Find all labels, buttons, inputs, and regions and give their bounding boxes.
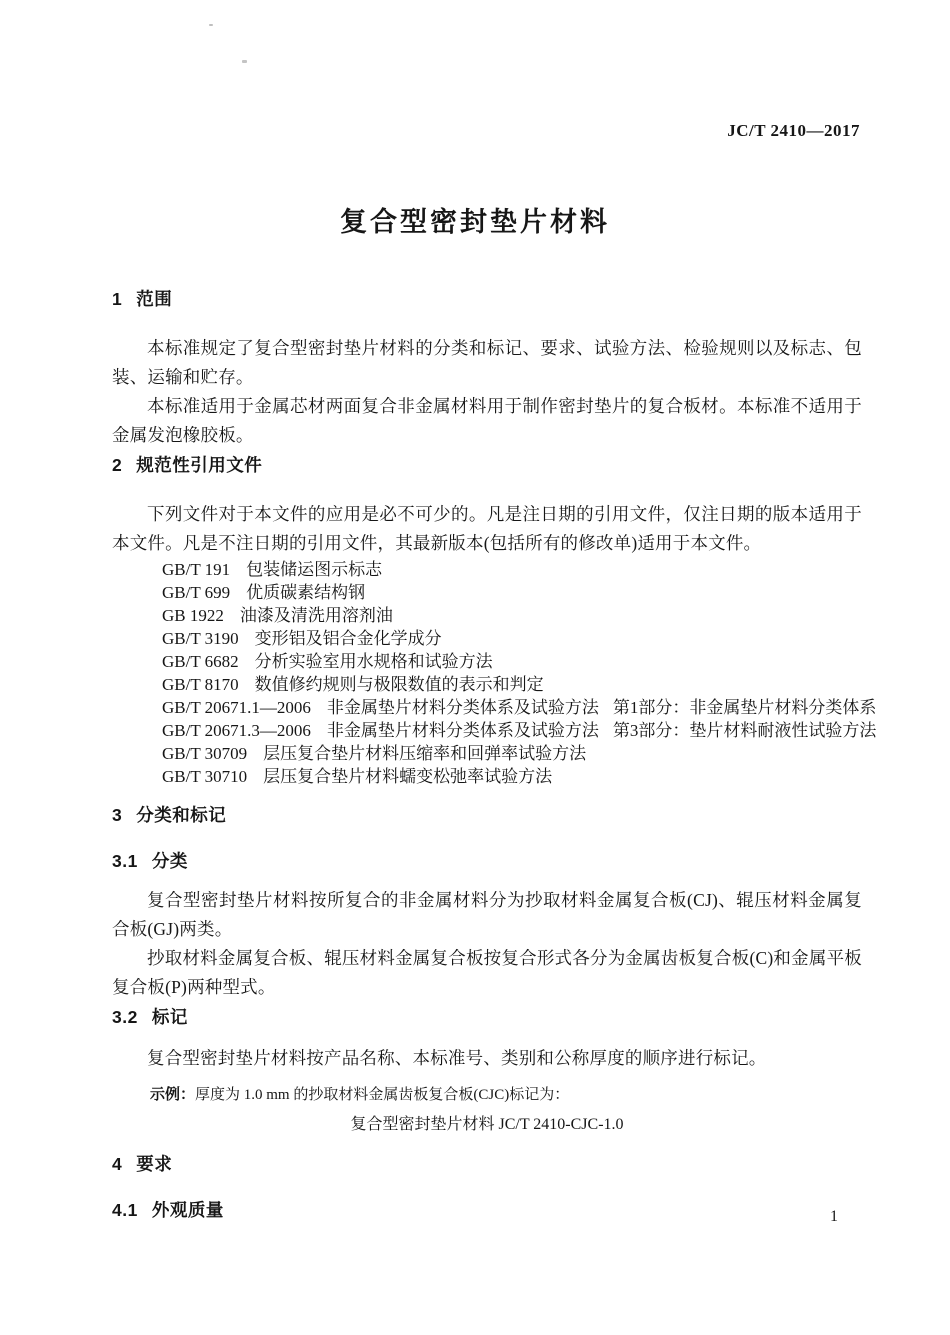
reference-code: GB/T 20671.3—2006 [162, 721, 311, 740]
marking-designation: 复合型密封垫片材料 JC/T 2410-CJC-1.0 [112, 1113, 862, 1137]
document-body: 1范围 本标准规定了复合型密封垫片材料的分类和标记、要求、试验方法、检验规则以及… [112, 288, 862, 1221]
reference-title: 分析实验室用水规格和试验方法 [255, 652, 493, 671]
section-name: 规范性引用文件 [136, 455, 262, 475]
reference-item: GB 1922油漆及清洗用溶剂油 [162, 604, 862, 627]
reference-title: 层压复合垫片材料蠕变松弛率试验方法 [263, 767, 552, 786]
reference-code: GB/T 8170 [162, 675, 239, 694]
section-number: 3.1 [112, 851, 138, 871]
marking-example: 示例：厚度为 1.0 mm 的抄取材料金属齿板复合板(CJC)标记为： [150, 1083, 862, 1107]
standard-code: JC/T 2410—2017 [727, 121, 860, 141]
reference-code: GB/T 30710 [162, 767, 247, 786]
reference-title: 油漆及清洗用溶剂油 [240, 606, 393, 625]
normative-references-intro: 下列文件对于本文件的应用是必不可少的。凡是注日期的引用文件，仅注日期的版本适用于… [112, 500, 862, 558]
section-2-heading: 2规范性引用文件 [112, 454, 862, 476]
reference-code: GB/T 191 [162, 560, 230, 579]
reference-item: GB/T 699优质碳素结构钢 [162, 581, 862, 604]
scan-artifact [209, 24, 213, 26]
reference-code: GB/T 6682 [162, 652, 239, 671]
reference-item: GB/T 30709层压复合垫片材料压缩率和回弹率试验方法 [162, 742, 862, 765]
section-1-heading: 1范围 [112, 288, 862, 310]
section-name: 分类 [152, 851, 188, 871]
section-3-heading: 3分类和标记 [112, 804, 862, 826]
section-name: 范围 [136, 289, 172, 309]
document-title: 复合型密封垫片材料 [0, 200, 950, 239]
section-name: 外观质量 [152, 1200, 224, 1220]
reference-part: 第1部分：非金属垫片材料分类体系 [613, 698, 877, 717]
reference-code: GB/T 20671.1—2006 [162, 698, 311, 717]
section-4-heading: 4要求 [112, 1153, 862, 1175]
reference-title: 层压复合垫片材料压缩率和回弹率试验方法 [263, 744, 586, 763]
section-3-1-heading: 3.1分类 [112, 850, 862, 872]
reference-code: GB/T 699 [162, 583, 230, 602]
section-number: 2 [112, 455, 122, 475]
reference-code: GB/T 3190 [162, 629, 239, 648]
reference-title: 非金属垫片材料分类体系及试验方法 [327, 721, 599, 740]
reference-title: 优质碳素结构钢 [246, 583, 365, 602]
page-number: 1 [830, 1208, 838, 1226]
section-number: 1 [112, 289, 122, 309]
reference-item: GB/T 6682分析实验室用水规格和试验方法 [162, 650, 862, 673]
section-name: 要求 [136, 1154, 172, 1174]
classification-paragraph-2: 抄取材料金属复合板、辊压材料金属复合板按复合形式各分为金属齿板复合板(C)和金属… [112, 944, 862, 1002]
example-label: 示例： [150, 1086, 195, 1103]
reference-item: GB/T 191包装储运图示标志 [162, 558, 862, 581]
classification-paragraph-1: 复合型密封垫片材料按所复合的非金属材料分为抄取材料金属复合板(CJ)、辊压材料金… [112, 886, 862, 944]
reference-title: 包装储运图示标志 [246, 560, 382, 579]
scope-paragraph-2: 本标准适用于金属芯材两面复合非金属材料用于制作密封垫片的复合板材。本标准不适用于… [112, 392, 862, 450]
document-page: JC/T 2410—2017 复合型密封垫片材料 1范围 本标准规定了复合型密封… [0, 0, 950, 1335]
section-4-1-heading: 4.1外观质量 [112, 1199, 862, 1221]
reference-code: GB/T 30709 [162, 744, 247, 763]
marking-paragraph: 复合型密封垫片材料按产品名称、本标准号、类别和公称厚度的顺序进行标记。 [112, 1044, 862, 1073]
section-3-2-heading: 3.2标记 [112, 1006, 862, 1028]
section-number: 3.2 [112, 1007, 138, 1027]
example-text: 厚度为 1.0 mm 的抄取材料金属齿板复合板(CJC)标记为： [195, 1087, 569, 1103]
reference-part: 第3部分：垫片材料耐液性试验方法 [613, 721, 877, 740]
section-number: 3 [112, 805, 122, 825]
reference-title: 变形铝及铝合金化学成分 [255, 629, 442, 648]
section-number: 4 [112, 1154, 122, 1174]
reference-item: GB/T 30710层压复合垫片材料蠕变松弛率试验方法 [162, 765, 862, 788]
scope-paragraph-1: 本标准规定了复合型密封垫片材料的分类和标记、要求、试验方法、检验规则以及标志、包… [112, 334, 862, 392]
section-number: 4.1 [112, 1200, 138, 1220]
scan-artifact [242, 60, 247, 63]
reference-item: GB/T 20671.1—2006非金属垫片材料分类体系及试验方法第1部分：非金… [162, 696, 862, 719]
reference-title: 非金属垫片材料分类体系及试验方法 [327, 698, 599, 717]
section-name: 标记 [152, 1007, 188, 1027]
reference-code: GB 1922 [162, 606, 224, 625]
section-name: 分类和标记 [136, 805, 226, 825]
reference-item: GB/T 20671.3—2006非金属垫片材料分类体系及试验方法第3部分：垫片… [162, 719, 862, 742]
normative-references-list: GB/T 191包装储运图示标志 GB/T 699优质碳素结构钢 GB 1922… [112, 558, 862, 788]
reference-title: 数值修约规则与极限数值的表示和判定 [255, 675, 544, 694]
reference-item: GB/T 8170数值修约规则与极限数值的表示和判定 [162, 673, 862, 696]
reference-item: GB/T 3190变形铝及铝合金化学成分 [162, 627, 862, 650]
